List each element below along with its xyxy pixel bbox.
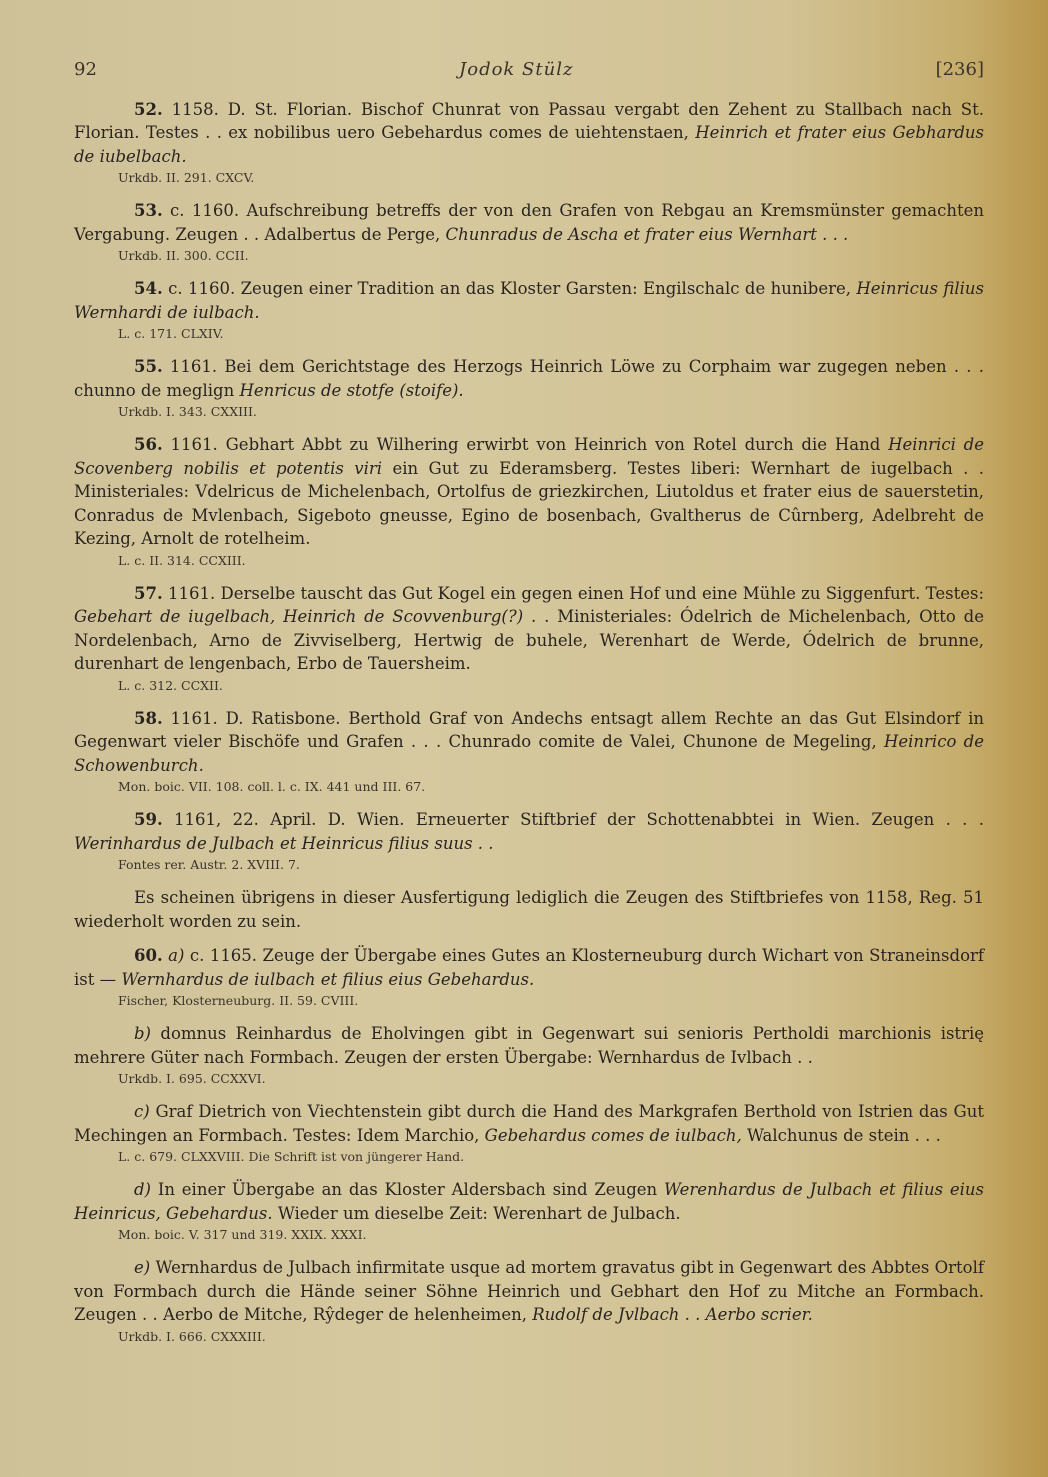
source-citation: Fontes rer. Austr. 2. XVIII. 7. (74, 855, 984, 875)
entry-55: 55. 1161. Bei dem Gerichtstage des Herzo… (74, 355, 984, 422)
source-citation: Fischer, Klosterneuburg. II. 59. CVIII. (74, 991, 984, 1011)
entry-60c: c) Graf Dietrich von Viechtenstein gibt … (74, 1100, 984, 1167)
entry-52: 52. 1158. D. St. Florian. Bischof Chunra… (74, 98, 984, 189)
entry-58: 58. 1161. D. Ratisbone. Berthold Graf vo… (74, 707, 984, 798)
entry-60b: b) domnus Reinhardus de Eholvingen gibt … (74, 1022, 984, 1089)
entry-60e: e) Wernhardus de Julbach infirmitate usq… (74, 1256, 984, 1347)
source-citation: Urkdb. I. 695. CCXXVI. (74, 1069, 984, 1089)
source-citation: L. c. 171. CLXIV. (74, 324, 984, 344)
entry-57: 57. 1161. Derselbe tauscht das Gut Kogel… (74, 582, 984, 696)
source-citation: Urkdb. I. 666. CXXXIII. (74, 1327, 984, 1347)
entry-59-note: Es scheinen übrigens in dieser Ausfertig… (74, 886, 984, 933)
entry-56: 56. 1161. Gebhart Abbt zu Wilhering erwi… (74, 433, 984, 571)
entry-60a: 60. a) c. 1165. Zeuge der Übergabe eines… (74, 944, 984, 1011)
source-citation: Urkdb. I. 343. CXXIII. (74, 402, 984, 422)
source-citation: Urkdb. II. 291. CXCV. (74, 168, 984, 188)
running-title: Jodok Stülz (459, 58, 573, 82)
page-header: 92 Jodok Stülz [236] (74, 58, 984, 82)
page-number: 92 (74, 58, 97, 82)
source-citation: Urkdb. II. 300. CCII. (74, 246, 984, 266)
entry-59: 59. 1161, 22. April. D. Wien. Erneuerter… (74, 808, 984, 875)
entry-53: 53. c. 1160. Aufschreibung betreffs der … (74, 199, 984, 266)
entry-60d: d) In einer Übergabe an das Kloster Alde… (74, 1178, 984, 1245)
source-citation: L. c. 679. CLXXVIII. Die Schrift ist von… (74, 1147, 984, 1167)
source-citation: L. c. 312. CCXII. (74, 676, 984, 696)
entry-54: 54. c. 1160. Zeugen einer Tradition an d… (74, 277, 984, 344)
book-page: 92 Jodok Stülz [236] 52. 1158. D. St. Fl… (74, 58, 984, 1358)
bracket-page-number: [236] (936, 58, 984, 82)
source-citation: Mon. boic. V. 317 und 319. XXIX. XXXI. (74, 1225, 984, 1245)
source-citation: Mon. boic. VII. 108. coll. l. c. IX. 441… (74, 777, 984, 797)
source-citation: L. c. II. 314. CCXIII. (74, 551, 984, 571)
